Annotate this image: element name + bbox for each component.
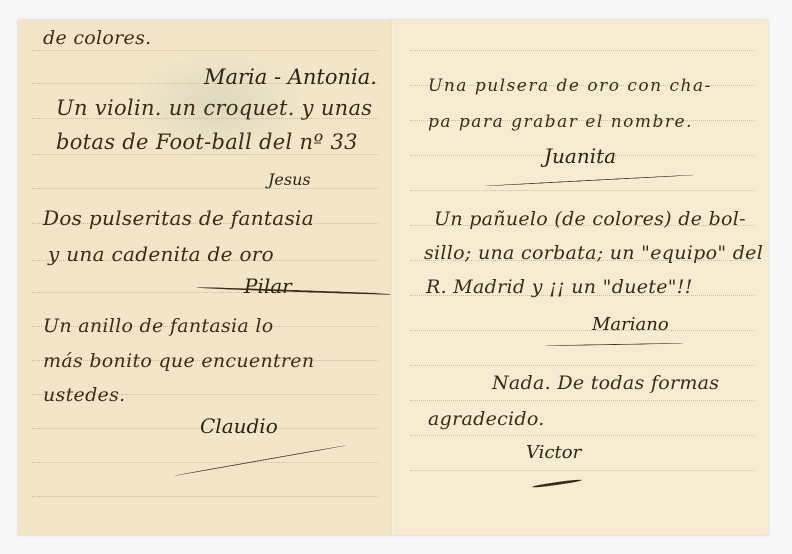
ruled-line — [32, 154, 378, 155]
entry-text-line: agradecido. — [428, 408, 545, 430]
ruled-line — [410, 470, 754, 471]
entry-text-line: Un pañuelo (de colores) de bol- — [434, 208, 746, 230]
entry-text-line: Un violin. un croquet. y unas — [56, 96, 372, 120]
signature-flourish — [532, 479, 582, 489]
ruled-line — [410, 330, 754, 331]
entry-text-line: ustedes. — [43, 384, 125, 406]
left-page: de colores. Maria - Antonia. Un violin. … — [18, 20, 392, 535]
signature-claudio: Claudio — [200, 414, 278, 438]
entry-text-line: Un anillo de fantasia lo — [43, 315, 273, 337]
signature-flourish — [196, 287, 392, 296]
right-page: Una pulsera de oro con cha- pa para grab… — [396, 20, 768, 535]
signature-pilar: Pilar — [244, 274, 292, 298]
signature-juanita: Juanita — [544, 144, 616, 168]
signature-jesus: Jesus — [268, 170, 311, 189]
letter-sheet: de colores. Maria - Antonia. Un violin. … — [18, 20, 768, 535]
signature-maria-antonia: Maria - Antonia. — [204, 65, 377, 89]
ruled-line — [32, 50, 378, 51]
signature-victor: Victor — [526, 442, 581, 463]
ruled-line — [32, 462, 378, 463]
entry-text-line: R. Madrid y ¡¡ un "duete"!! — [426, 276, 693, 298]
entry-text-line: y una cadenita de oro — [48, 242, 274, 266]
ruled-line — [410, 400, 754, 401]
entry-text-line: Dos pulseritas de fantasia — [43, 206, 314, 230]
entry-text-line: pa para grabar el nombre. — [428, 112, 693, 132]
signature-flourish — [544, 343, 684, 346]
signature-mariano: Mariano — [592, 314, 669, 335]
ruled-line — [410, 435, 754, 436]
ruled-line — [410, 50, 754, 51]
entry-text-line: de colores. — [43, 27, 151, 49]
entry-text-line: Una pulsera de oro con cha- — [428, 76, 712, 96]
entry-text-line: Nada. De todas formas — [492, 372, 719, 394]
entry-text-line: botas de Foot-ball del nº 33 — [56, 130, 358, 154]
ruled-line — [32, 496, 378, 497]
entry-text-line: más bonito que encuentren — [43, 350, 314, 372]
entry-text-line: sillo; una corbata; un "equipo" del — [424, 242, 763, 264]
ruled-line — [32, 188, 378, 189]
ruled-line — [410, 190, 754, 191]
ruled-line — [410, 365, 754, 366]
signature-flourish — [484, 175, 694, 187]
signature-flourish — [174, 445, 347, 476]
